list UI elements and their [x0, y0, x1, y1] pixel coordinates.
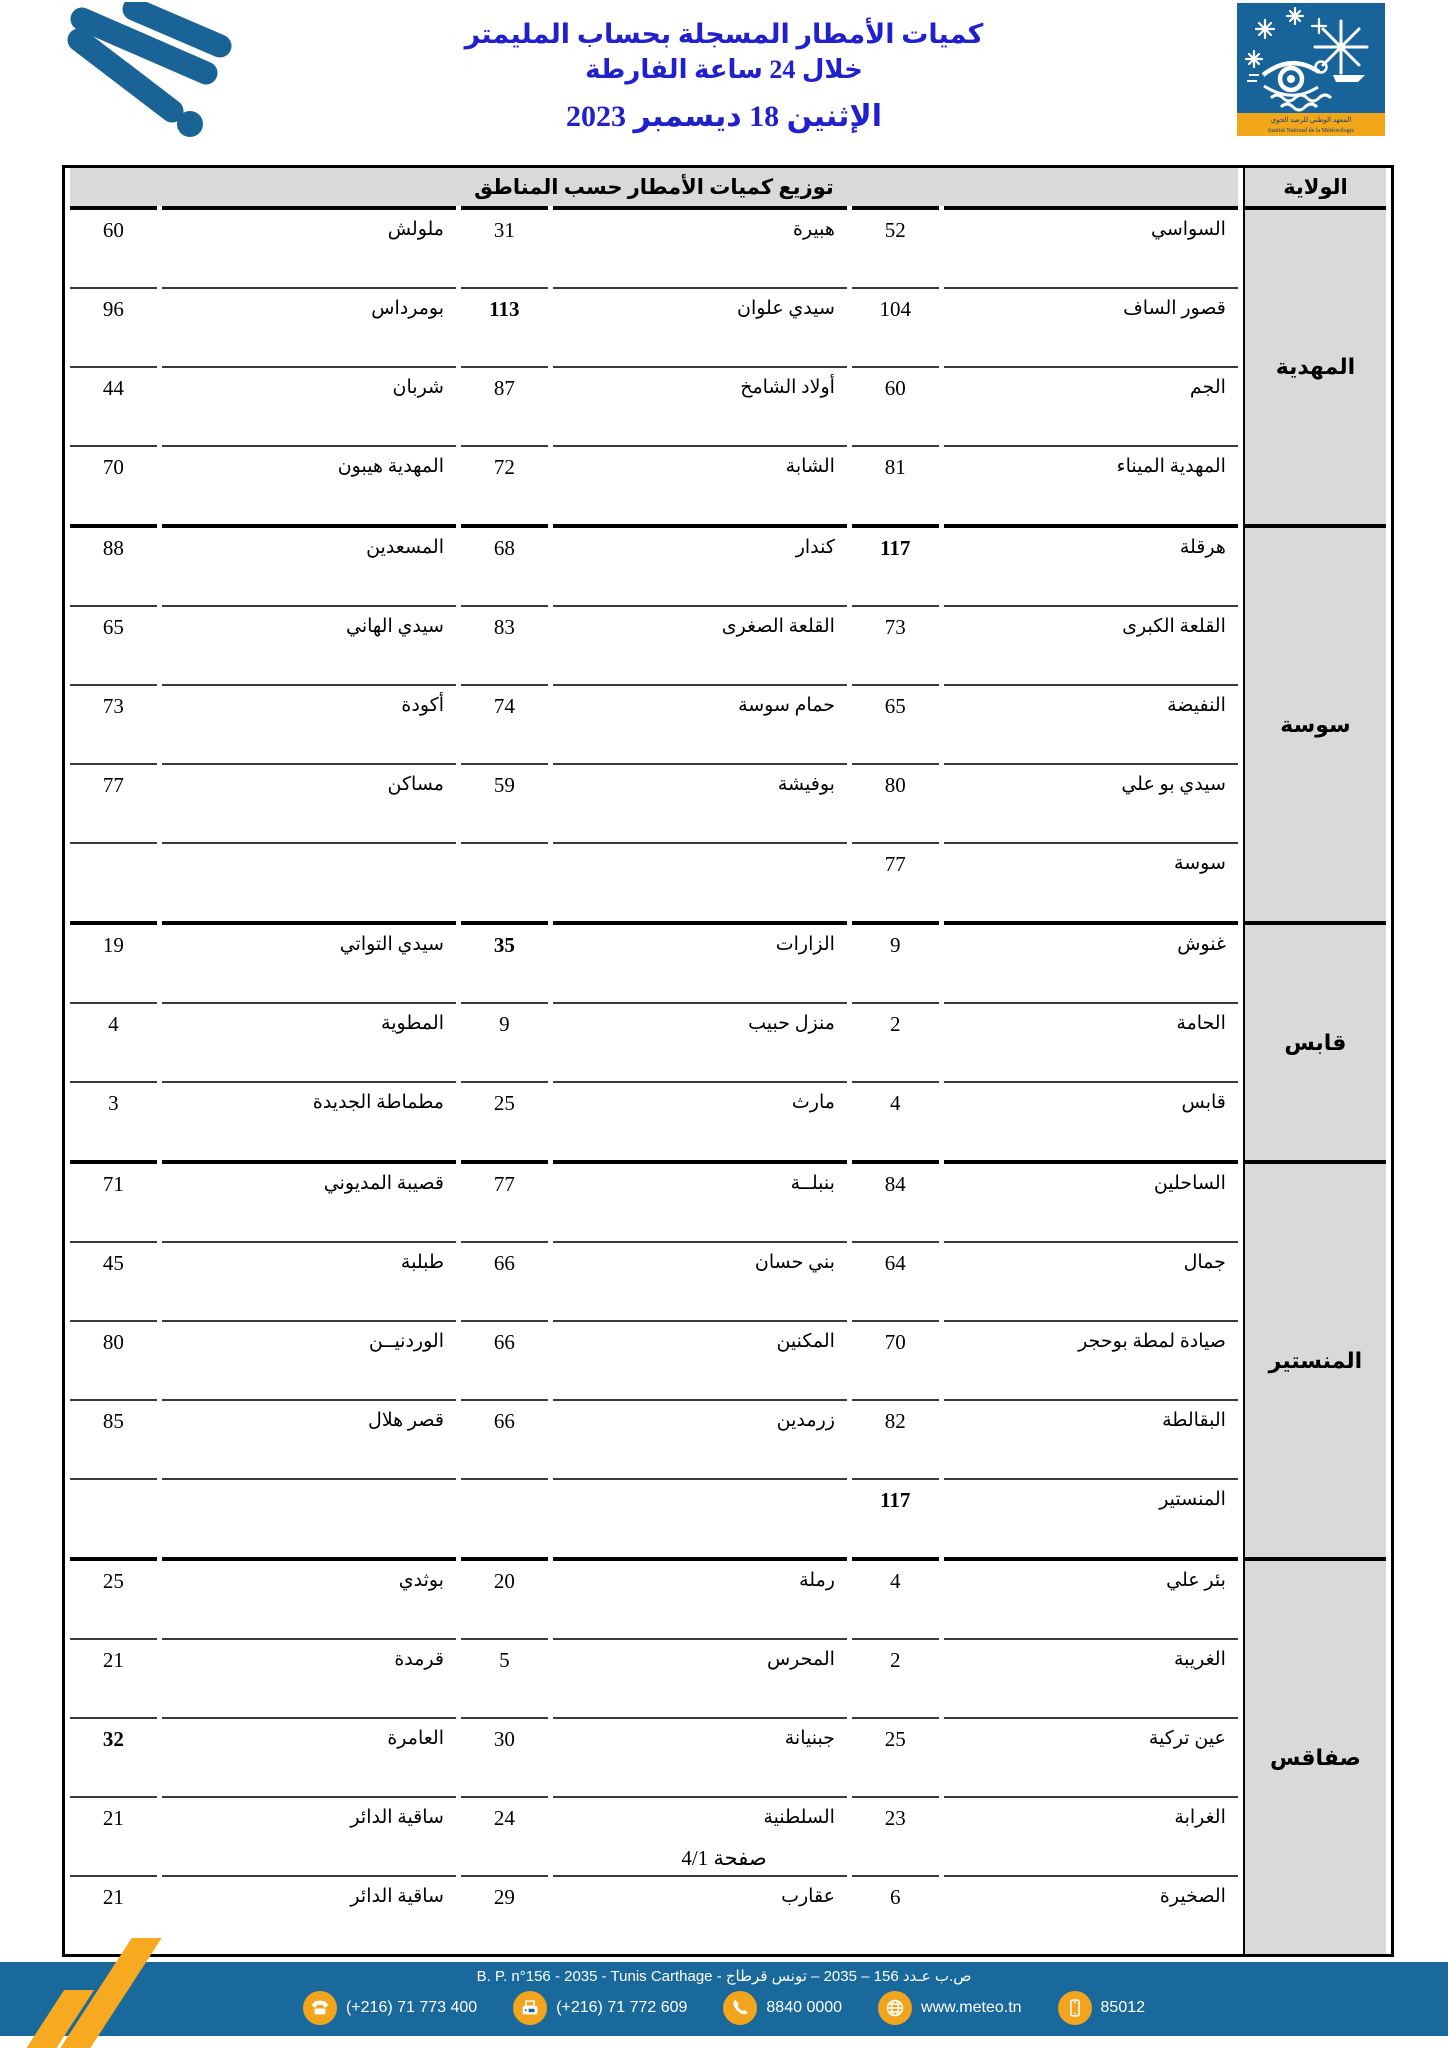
footer-contact-item: 8840 0000 — [723, 1991, 842, 2025]
region-name-cell: الجم — [944, 366, 1238, 445]
table-row: جمال64بني حسان66طبلبة45 — [70, 1241, 1386, 1320]
region-name-cell: أكودة — [162, 684, 456, 763]
rain-value-cell: 66 — [461, 1241, 548, 1320]
region-name-cell: الوردنيــن — [162, 1320, 456, 1399]
table-row: عين تركية25جبنيانة30العامرة32 — [70, 1717, 1386, 1796]
phone-icon — [303, 1991, 337, 2025]
rainfall-bulletin-page: كميات الأمطار المسجلة بحساب المليمتر خلا… — [0, 0, 1448, 2048]
table-row: النفيضة65حمام سوسة74أكودة73 — [70, 684, 1386, 763]
region-name-cell: سيدي علوان — [553, 287, 847, 366]
table-row: قصور الساف104سيدي علوان113بومرداس96 — [70, 287, 1386, 366]
rain-value-cell — [70, 842, 157, 921]
inm-caption-fr: Institut National de la Météorologie — [1268, 128, 1354, 134]
rain-value-cell — [461, 842, 548, 921]
region-name-cell: بومرداس — [162, 287, 456, 366]
rain-value-cell: 77 — [70, 763, 157, 842]
region-name-cell: السواسي — [944, 206, 1238, 287]
footer-contacts: (+216) 71 773 400(+216) 71 772 6098840 0… — [0, 1991, 1448, 2025]
region-name-cell: الشابة — [553, 445, 847, 524]
rain-value-cell: 32 — [70, 1717, 157, 1796]
rain-value-cell: 60 — [70, 206, 157, 287]
rain-value-cell: 2 — [852, 1638, 939, 1717]
rain-value-cell: 21 — [70, 1638, 157, 1717]
rain-value-cell: 82 — [852, 1399, 939, 1478]
region-name-cell: المطوية — [162, 1002, 456, 1081]
footer-contact-item: 85012 — [1058, 1991, 1146, 2025]
region-name-cell: الزارات — [553, 921, 847, 1002]
rain-value-cell: 25 — [70, 1557, 157, 1638]
table-row: سوسة77 — [70, 842, 1386, 921]
rain-value-cell: 65 — [70, 605, 157, 684]
rain-value-cell: 88 — [70, 524, 157, 605]
region-name-cell: طبلبة — [162, 1241, 456, 1320]
governorate-cell: المهدية — [1243, 206, 1386, 524]
governorate-cell: قابس — [1243, 921, 1386, 1160]
rain-value-cell: 25 — [461, 1081, 548, 1160]
table-row: قابس4مارث25مطماطة الجديدة3 — [70, 1081, 1386, 1160]
governorate-cell: سوسة — [1243, 524, 1386, 921]
rain-value-cell: 35 — [461, 921, 548, 1002]
region-name-cell: الغريبة — [944, 1638, 1238, 1717]
region-name-cell: بوثدي — [162, 1557, 456, 1638]
rainfall-table: الولاية توزيع كميات الأمطار حسب المناطق … — [62, 165, 1394, 1957]
rain-value-cell: 25 — [852, 1717, 939, 1796]
region-name-cell — [553, 1478, 847, 1557]
rain-value-cell: 20 — [461, 1557, 548, 1638]
rain-value-cell: 29 — [461, 1875, 548, 1954]
rain-value-cell: 71 — [70, 1160, 157, 1241]
table-row: قابسغنوش9الزارات35سيدي التواتي19 — [70, 921, 1386, 1002]
region-name-cell: هرقلة — [944, 524, 1238, 605]
region-name-cell — [162, 1478, 456, 1557]
region-name-cell: بنبلــة — [553, 1160, 847, 1241]
footer-contact-item: www.meteo.tn — [878, 1991, 1021, 2025]
regions-header-cell: توزيع كميات الأمطار حسب المناطق — [70, 168, 1238, 206]
region-name-cell — [162, 842, 456, 921]
rain-value-cell: 19 — [70, 921, 157, 1002]
footer-address: B. P. n°156 - 2035 - Tunis Carthage - ص.… — [0, 1962, 1448, 1985]
region-name-cell: جبنيانة — [553, 1717, 847, 1796]
page-number: صفحة 4/1 — [0, 1846, 1448, 1871]
region-name-cell: بني حسان — [553, 1241, 847, 1320]
globe-icon — [878, 1991, 912, 2025]
rain-value-cell: 30 — [461, 1717, 548, 1796]
region-name-cell: البقالطة — [944, 1399, 1238, 1478]
region-name-cell: مساكن — [162, 763, 456, 842]
rain-value-cell: 83 — [461, 605, 548, 684]
table-row: المهديةالسواسي52هبيرة31ملولش60 — [70, 206, 1386, 287]
region-name-cell: المنستير — [944, 1478, 1238, 1557]
rain-value-cell: 66 — [461, 1320, 548, 1399]
region-name-cell: الحامة — [944, 1002, 1238, 1081]
page-title-line1: كميات الأمطار المسجلة بحساب المليمتر — [0, 16, 1448, 53]
region-name-cell: قابس — [944, 1081, 1238, 1160]
mobile-icon — [1058, 1991, 1092, 2025]
region-name-cell: هبيرة — [553, 206, 847, 287]
governorate-cell: المنستير — [1243, 1160, 1386, 1557]
region-name-cell: المكنين — [553, 1320, 847, 1399]
rain-value-cell: 117 — [852, 524, 939, 605]
table-row: الغريبة2المحرس5قرمدة21 — [70, 1638, 1386, 1717]
region-name-cell: صيادة لمطة بوحجر — [944, 1320, 1238, 1399]
inm-logo: المعهد الوطني للرصد الجوي Institut Natio… — [1237, 3, 1385, 136]
table-row: صيادة لمطة بوحجر70المكنين66الوردنيــن80 — [70, 1320, 1386, 1399]
region-name-cell: بئر علي — [944, 1557, 1238, 1638]
region-name-cell: المسعدين — [162, 524, 456, 605]
region-name-cell: أولاد الشامخ — [553, 366, 847, 445]
region-name-cell: المهدية هيبون — [162, 445, 456, 524]
region-name-cell: كندار — [553, 524, 847, 605]
region-name-cell: سيدي بو علي — [944, 763, 1238, 842]
region-name-cell: المحرس — [553, 1638, 847, 1717]
table-row: القلعة الكبرى73القلعة الصغرى83سيدي الهان… — [70, 605, 1386, 684]
region-name-cell: عين تركية — [944, 1717, 1238, 1796]
region-name-cell: شربان — [162, 366, 456, 445]
region-name-cell: قصيبة المديوني — [162, 1160, 456, 1241]
governorate-header-cell: الولاية — [1243, 168, 1386, 206]
footer-contact-text: (+216) 71 773 400 — [346, 1999, 477, 2017]
rain-value-cell: 77 — [852, 842, 939, 921]
rain-value-cell: 9 — [461, 1002, 548, 1081]
rain-value-cell: 113 — [461, 287, 548, 366]
rain-value-cell: 73 — [852, 605, 939, 684]
rain-value-cell: 80 — [70, 1320, 157, 1399]
region-name-cell: الصخيرة — [944, 1875, 1238, 1954]
rain-value-cell: 80 — [852, 763, 939, 842]
rain-value-cell: 3 — [70, 1081, 157, 1160]
bulletin-date: الإثنين 18 ديسمبر 2023 — [0, 99, 1448, 134]
region-name-cell: العامرة — [162, 1717, 456, 1796]
rain-value-cell: 52 — [852, 206, 939, 287]
rain-value-cell: 87 — [461, 366, 548, 445]
rain-value-cell: 44 — [70, 366, 157, 445]
region-name-cell: مارث — [553, 1081, 847, 1160]
footer-contact-item: (+216) 71 772 609 — [513, 1991, 687, 2025]
region-name-cell: سوسة — [944, 842, 1238, 921]
region-name-cell: قصور الساف — [944, 287, 1238, 366]
region-name-cell: جمال — [944, 1241, 1238, 1320]
region-name-cell: ملولش — [162, 206, 456, 287]
table-row: الصخيرة6عقارب29ساقية الدائر21 — [70, 1875, 1386, 1954]
rain-value-cell: 45 — [70, 1241, 157, 1320]
governorate-cell: صفاقس — [1243, 1557, 1386, 1954]
rain-value-cell: 4 — [852, 1557, 939, 1638]
table-row: صفاقسبئر علي4رملة20بوثدي25 — [70, 1557, 1386, 1638]
rain-value-cell: 81 — [852, 445, 939, 524]
region-name-cell: المهدية الميناء — [944, 445, 1238, 524]
rain-value-cell: 9 — [852, 921, 939, 1002]
region-name-cell: القلعة الكبرى — [944, 605, 1238, 684]
region-name-cell: الساحلين — [944, 1160, 1238, 1241]
rain-value-cell: 66 — [461, 1399, 548, 1478]
fax-icon — [513, 1991, 547, 2025]
region-name-cell: عقارب — [553, 1875, 847, 1954]
rain-value-cell: 73 — [70, 684, 157, 763]
region-name-cell: قصر هلال — [162, 1399, 456, 1478]
table-row: المنستير117 — [70, 1478, 1386, 1557]
region-name-cell: غنوش — [944, 921, 1238, 1002]
table-row: سيدي بو علي80بوفيشة59مساكن77 — [70, 763, 1386, 842]
footer-contact-text: 85012 — [1101, 1999, 1146, 2017]
rain-value-cell — [461, 1478, 548, 1557]
rain-value-cell: 60 — [852, 366, 939, 445]
footer-contact-item: (+216) 71 773 400 — [303, 1991, 477, 2025]
rain-value-cell: 70 — [70, 445, 157, 524]
region-name-cell: بوفيشة — [553, 763, 847, 842]
footer-contact-text: www.meteo.tn — [921, 1999, 1021, 2017]
table-row: المهدية الميناء81الشابة72المهدية هيبون70 — [70, 445, 1386, 524]
rain-value-cell: 4 — [70, 1002, 157, 1081]
rain-value-cell: 4 — [852, 1081, 939, 1160]
region-name-cell: حمام سوسة — [553, 684, 847, 763]
region-name-cell: مطماطة الجديدة — [162, 1081, 456, 1160]
rain-value-cell: 72 — [461, 445, 548, 524]
region-name-cell — [553, 842, 847, 921]
region-name-cell: قرمدة — [162, 1638, 456, 1717]
header-titles: كميات الأمطار المسجلة بحساب المليمتر خلا… — [0, 16, 1448, 134]
footer-contact-text: 8840 0000 — [766, 1999, 842, 2017]
region-name-cell: رملة — [553, 1557, 847, 1638]
rain-value-cell: 5 — [461, 1638, 548, 1717]
region-name-cell: سيدي الهاني — [162, 605, 456, 684]
footer-banner: B. P. n°156 - 2035 - Tunis Carthage - ص.… — [0, 1962, 1448, 2036]
rain-value-cell: 68 — [461, 524, 548, 605]
rain-value-cell: 70 — [852, 1320, 939, 1399]
table-row: سوسةهرقلة117كندار68المسعدين88 — [70, 524, 1386, 605]
table-row: الحامة2منزل حبيب9المطوية4 — [70, 1002, 1386, 1081]
rain-value-cell — [70, 1478, 157, 1557]
rain-value-cell: 96 — [70, 287, 157, 366]
rain-value-cell: 65 — [852, 684, 939, 763]
rain-value-cell: 85 — [70, 1399, 157, 1478]
rain-value-cell: 117 — [852, 1478, 939, 1557]
rain-value-cell: 31 — [461, 206, 548, 287]
rain-value-cell: 2 — [852, 1002, 939, 1081]
footer-contact-text: (+216) 71 772 609 — [556, 1999, 687, 2017]
page-title-line2: خلال 24 ساعة الفارطة — [0, 53, 1448, 87]
rain-value-cell: 6 — [852, 1875, 939, 1954]
rain-value-cell: 59 — [461, 763, 548, 842]
rain-value-cell: 74 — [461, 684, 548, 763]
table-row: الجم60أولاد الشامخ87شربان44 — [70, 366, 1386, 445]
region-name-cell: سيدي التواتي — [162, 921, 456, 1002]
table-row: المنستيرالساحلين84بنبلــة77قصيبة المديون… — [70, 1160, 1386, 1241]
rain-value-cell: 104 — [852, 287, 939, 366]
table-row: البقالطة82زرمدين66قصر هلال85 — [70, 1399, 1386, 1478]
rain-value-cell: 77 — [461, 1160, 548, 1241]
region-name-cell: القلعة الصغرى — [553, 605, 847, 684]
rain-value-cell: 64 — [852, 1241, 939, 1320]
call-icon — [723, 1991, 757, 2025]
inm-caption-ar: المعهد الوطني للرصد الجوي — [1271, 116, 1352, 124]
region-name-cell: النفيضة — [944, 684, 1238, 763]
region-name-cell: زرمدين — [553, 1399, 847, 1478]
region-name-cell: منزل حبيب — [553, 1002, 847, 1081]
region-name-cell: ساقية الدائر — [162, 1875, 456, 1954]
rain-value-cell: 84 — [852, 1160, 939, 1241]
table-header-row: الولاية توزيع كميات الأمطار حسب المناطق — [70, 168, 1386, 206]
